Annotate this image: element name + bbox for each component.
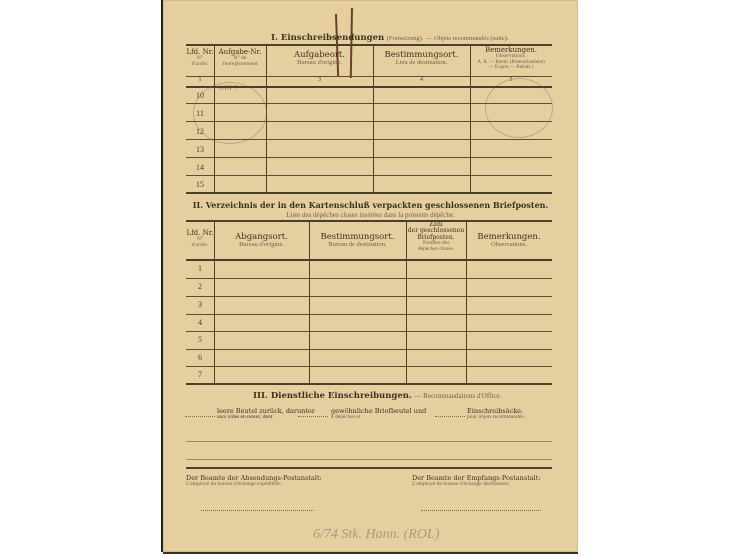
section3-item-ordinary-bags: gewöhnliche Briefbeutel und à dépêches e… bbox=[331, 408, 426, 420]
table2-row-rule bbox=[186, 331, 552, 332]
table1-colnum: 1 bbox=[186, 77, 214, 83]
table1-colnum: 4 bbox=[373, 77, 470, 83]
table2-row-number: 3 bbox=[188, 300, 212, 309]
table2-header-destination: Bestimmungsort. Bureau de destination. bbox=[309, 233, 406, 249]
table2-row-number: 7 bbox=[188, 370, 212, 379]
section3-title: III. Dienstliche Einschreibungen. — Reco… bbox=[253, 391, 501, 401]
table1-header-ordinal: Lfd. Nr. N° d'ordre. bbox=[186, 49, 214, 68]
section3-item-empty-bags: leere Beutel zurück, darunter sacs vides… bbox=[217, 408, 315, 420]
section1-title-suffix: (Fortsetzung). bbox=[387, 35, 424, 42]
table1-row-number: 15 bbox=[188, 180, 212, 189]
fill-line[interactable] bbox=[435, 416, 465, 417]
pencil-annotation: 6/74 Stk. Hann. (ROL) bbox=[313, 527, 439, 543]
table2-row-rule bbox=[186, 314, 552, 315]
signature-receiver-line[interactable] bbox=[421, 510, 541, 511]
signature-sender-label: Der Beamte der Absendungs-Postanstalt: L… bbox=[186, 475, 322, 488]
table1-row-number: 13 bbox=[188, 145, 212, 154]
table1-row-rule bbox=[186, 175, 552, 176]
section1-title: I. Einschreibsendungen (Fortsetzung). — … bbox=[271, 33, 509, 43]
table2-header-rule bbox=[186, 259, 552, 261]
table2-row-rule bbox=[186, 349, 552, 350]
table2-row-rule bbox=[186, 366, 552, 367]
table1-bottom-rule bbox=[186, 192, 552, 194]
section3-title-de: III. Dienstliche Einschreibungen. bbox=[253, 391, 412, 401]
table2-row-number: 1 bbox=[188, 264, 212, 273]
signature-receiver-label: Der Beamte der Empfangs-Postanstalt: L'e… bbox=[412, 475, 541, 488]
section2-title-de: II. Verzeichnis der in den Kartenschluß … bbox=[193, 200, 549, 210]
section3-write-line[interactable] bbox=[186, 441, 552, 442]
table2-bottom-rule bbox=[186, 383, 552, 385]
signature-sender-line[interactable] bbox=[201, 510, 314, 511]
table2-header-remarks: Bemerkungen. Observations. bbox=[466, 233, 552, 249]
table1-header-remarks: Bemerkungen. Observations. A. R. — Remb.… bbox=[470, 47, 552, 71]
table1-col-divider bbox=[373, 45, 374, 192]
fill-line[interactable] bbox=[185, 416, 215, 417]
document-page: I. Einschreibsendungen (Fortsetzung). — … bbox=[163, 0, 578, 552]
section2-subtitle: Liste des dépêches closes insérées dans … bbox=[163, 210, 578, 219]
table1-row-rule bbox=[186, 157, 552, 158]
section3-write-line[interactable] bbox=[186, 459, 552, 460]
table1-header-origin: Aufgabeort. Bureau d'origine. bbox=[266, 51, 373, 67]
table2-header-ordinal: Lfd. Nr. N° d'ordre. bbox=[186, 230, 214, 249]
table2-header-count: Zahl der geschlossenen Briefposten. Nomb… bbox=[406, 222, 466, 252]
postmark-stamp bbox=[485, 78, 553, 138]
section3-item-registered-sacks: Einschreibsäcke. pour objets recommandés… bbox=[467, 408, 525, 420]
table1-colnum: 3 bbox=[266, 77, 373, 83]
table2-row-number: 4 bbox=[188, 318, 212, 327]
table2-row-number: 6 bbox=[188, 353, 212, 362]
fill-line[interactable] bbox=[298, 416, 328, 417]
table1-header-destination: Bestimmungsort. Lieu de destination. bbox=[373, 51, 470, 67]
table1-header-registration-no: Aufgabe-Nr. N° de l'enregistrement bbox=[214, 49, 266, 68]
table2-row-number: 2 bbox=[188, 282, 212, 291]
section3-bottom-rule bbox=[186, 467, 552, 469]
section3-title-fr: — Recommandations d'Office. bbox=[414, 392, 501, 400]
table2-row-rule bbox=[186, 296, 552, 297]
pen-mark bbox=[350, 8, 353, 78]
section1-title-de: I. Einschreibsendungen bbox=[271, 33, 384, 43]
table2-row-number: 5 bbox=[188, 335, 212, 344]
table1-row-number: 14 bbox=[188, 163, 212, 172]
table2-header-origin: Abgangsort. Bureau d'origine. bbox=[214, 233, 309, 249]
section1-title-fr: — Objets recommandés (suite). bbox=[426, 35, 509, 42]
postmark-date: JAN 7 bbox=[219, 84, 237, 92]
table2-row-rule bbox=[186, 278, 552, 279]
table2-top-rule bbox=[186, 220, 552, 222]
section2-title: II. Verzeichnis der in den Kartenschluß … bbox=[163, 200, 578, 210]
